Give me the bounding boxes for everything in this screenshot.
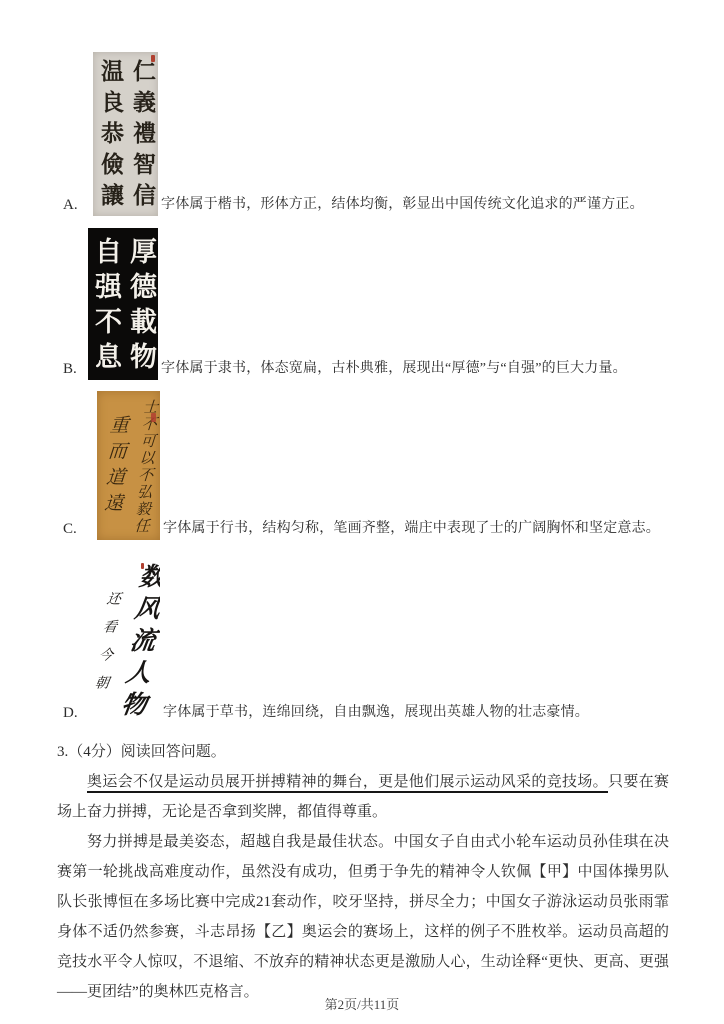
calligraphy-columns: 厚德載物 自强不息 xyxy=(88,228,158,380)
option-row-d: D. 数风流人物 还看今朝 字体属于草书，连绵回绕，自由飘逸，展现出英雄人物的壮… xyxy=(63,557,589,724)
calligraphy-column-left: 自强不息 xyxy=(88,233,123,380)
red-seal-mark xyxy=(151,55,155,62)
calligraphy-image-kaishu: 仁義禮智信 温良恭儉讓 xyxy=(93,52,158,216)
option-label-b: B. xyxy=(63,361,88,378)
option-label-a: A. xyxy=(63,197,93,214)
exam-page: A. 仁義禮智信 温良恭儉讓 字体属于楷书，形体方正，结体均衡，彰显出中国传统文… xyxy=(0,0,724,1024)
option-label-d: D. xyxy=(63,705,88,722)
page-number-label: 第2页/共11页 xyxy=(325,997,400,1012)
calligraphy-image-caoshu: 数风流人物 还看今朝 xyxy=(88,557,160,724)
option-desc-c: 字体属于行书，结构匀称，笔画齐整，端庄中表现了士的广阔胸怀和坚定意志。 xyxy=(163,519,660,539)
red-seal-mark xyxy=(151,413,156,422)
option-desc-b: 字体属于隶书，体态宽扁，古朴典雅，展现出“厚德”与“自强”的巨大力量。 xyxy=(161,359,627,379)
calligraphy-columns: 仁義禮智信 温良恭儉讓 xyxy=(93,52,158,216)
option-row-a: A. 仁義禮智信 温良恭儉讓 字体属于楷书，形体方正，结体均衡，彰显出中国传统文… xyxy=(63,52,644,216)
option-row-b: B. 厚德載物 自强不息 字体属于隶书，体态宽扁，古朴典雅，展现出“厚德”与“自… xyxy=(63,228,627,380)
question-3-paragraph-2: 努力拼搏是最美姿态，超越自我是最佳状态。中国女子自由式小轮车运动员孙佳琪在决赛第… xyxy=(57,827,669,1007)
calligraphy-image-xingshu: 士不可以不弘毅任 重而道遠 xyxy=(97,391,160,540)
option-row-c: C. 士不可以不弘毅任 重而道遠 字体属于行书，结构匀称，笔画齐整，端庄中表现了… xyxy=(63,391,660,540)
calligraphy-column-right: 厚德載物 xyxy=(123,233,158,380)
calligraphy-columns: 数风流人物 还看今朝 xyxy=(88,557,160,724)
question-3-block: 3.（4分）阅读回答问题。 奥运会不仅是运动员展开拼搏精神的舞台，更是他们展示运… xyxy=(57,737,669,1007)
option-desc-d: 字体属于草书，连绵回绕，自由飘逸，展现出英雄人物的壮志豪情。 xyxy=(163,703,589,723)
red-seal-mark xyxy=(141,563,144,569)
underlined-sentence: 奥运会不仅是运动员展开拼搏精神的舞台，更是他们展示运动风采的竞技场。 xyxy=(87,774,608,793)
calligraphy-column-right: 仁義禮智信 xyxy=(126,56,158,216)
question-3-paragraph-1: 奥运会不仅是运动员展开拼搏精神的舞台，更是他们展示运动风采的竞技场。只要在赛场上… xyxy=(57,767,669,827)
page-footer: 第2页/共11页 xyxy=(0,994,724,1013)
calligraphy-image-lishu: 厚德載物 自强不息 xyxy=(88,228,158,380)
question-3-header: 3.（4分）阅读回答问题。 xyxy=(57,737,669,767)
option-label-c: C. xyxy=(63,521,97,538)
option-desc-a: 字体属于楷书，形体方正，结体均衡，彰显出中国传统文化追求的严谨方正。 xyxy=(161,195,644,215)
calligraphy-column-left: 温良恭儉讓 xyxy=(94,56,126,216)
